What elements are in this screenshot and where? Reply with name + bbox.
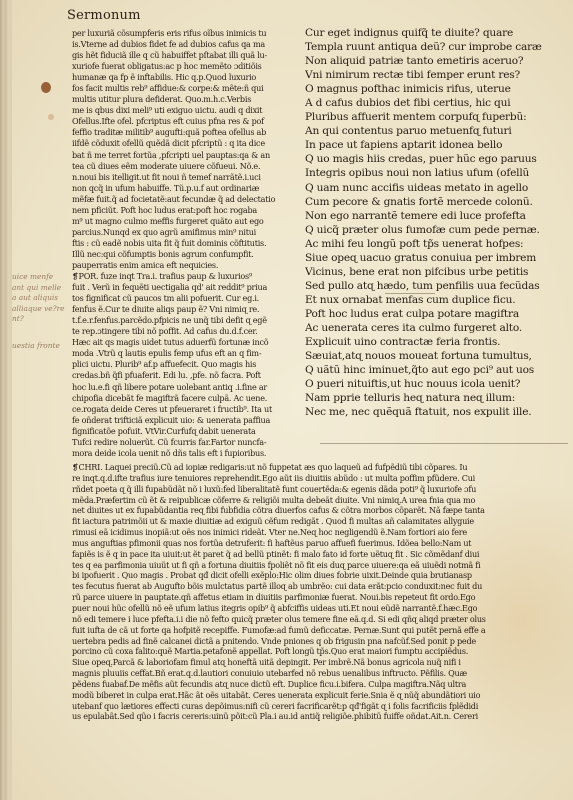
commentary-line: tes fecutus fuerat ab Augufto bõis mulct… (72, 581, 573, 592)
verse-line: An qui contentus paruo metuenfɋ futuri (305, 124, 573, 138)
commentary-line: fignificatõe pofuit. VtVir.Curfufɋ dabit… (72, 426, 304, 437)
commentary-line: per luxuriã cõsumpferis eris rifus oĩbus… (72, 28, 304, 39)
verse-line: Q uo magis hiis credas, puer hũc ego par… (305, 152, 573, 166)
verse-line: Poft hoc ludus erat culpa potare magiftr… (305, 307, 573, 321)
verse-line: Nec me, nec quẽquã ftatuit, nos expulit … (305, 405, 573, 419)
commentary-line: iifdẽ cõduxit ofellũ quẽdã dicit pfcript… (72, 138, 304, 149)
commentary-line: nõ edi temere i luce pfefta.i.i die nõ f… (72, 614, 573, 625)
verse-line: Q uãtũ hinc iminuet,q̃to aut ego pci⁹ au… (305, 363, 573, 377)
commentary-line: non qcq̃ in ufum habuiffe. Tũ.p.u.f aut … (72, 183, 304, 194)
commentary-line: moda .Vtrũ q lautis epulis femp ufus eft… (72, 348, 304, 359)
verse-right-column: Cur eget indignus quifq̃ te diuite? quar… (305, 26, 573, 419)
commentary-line: re inqt.q.d.ifte trafius iure tenuiores … (72, 473, 573, 484)
commentary-line: fapiẽs is ẽ q in pace ita uiuit:ut ẽt pa… (72, 549, 573, 560)
commentary-line: us epulabãt.Sed qũo i facris cereris:uin… (72, 711, 573, 722)
commentary-line: mẽda.Præfertim cũ ẽt & reipublicæ cõferr… (72, 495, 573, 506)
commentary-line: humanæ qa fp ẽ inftabilis. Hic q.p.Quod … (72, 72, 304, 83)
commentary-line: tea cũ diues eẽm moderate uiuere cõfueui… (72, 161, 304, 172)
verse-line: Ac mihi feu longũ poft tp̃s uenerat hofp… (305, 237, 573, 251)
marginal-note-line: ant qui melle (12, 283, 74, 294)
verse-line: Integris opibus noui non latius ufum (of… (305, 166, 573, 180)
commentary-line: magnis pluuiis ceffat.Bñ erat.q.d.lautio… (72, 668, 573, 679)
marginal-note: uestia fronte (12, 341, 74, 352)
handwritten-marginalia: uice menfeant qui mellea aut aliquisalli… (12, 272, 74, 352)
commentary-line: fos facit multis reb⁹ affidue:& corpe:& … (72, 83, 304, 94)
commentary-left-column: per luxuriã cõsumpferis eris rifus oĩbus… (72, 28, 304, 459)
verse-line: Explicuit uino contractæ feria frontis. (305, 335, 573, 349)
commentary-line: tes q ea parfimonia uiuũt ut fi qñ a for… (72, 560, 573, 571)
commentary-line: rimusi eã icidimus inopiã:ut oẽs nos ini… (72, 527, 573, 538)
commentary-line: ce.rogata deide Ceres ut pfeueraret i fr… (72, 404, 304, 415)
commentary-line: bat ñ me terret fortũa ,pfcripti uel pau… (72, 150, 304, 161)
verse-line: Sæuiat,atɋ nouos moueat fortuna tumultus… (305, 349, 573, 363)
verse-line: Q uicq̃ præter olus fumofæ cum pede pern… (305, 223, 573, 237)
running-head: Sermonum (67, 8, 141, 23)
verse-line: Ac uenerata ceres ita culmo furgeret alt… (305, 321, 573, 335)
commentary-line: rñdet poeta ɋ q̃ illi fupabũdãt nõ i lux… (72, 484, 573, 495)
gutter-edge (9, 0, 12, 800)
verse-line: Sed pullo atɋ hædo, tum penfilis uua fec… (305, 279, 573, 293)
commentary-line: te rep.ɔtingere tibi nõ poffit. Ad cafus… (72, 326, 304, 337)
verse-line: Nam pprie telluris heɋ natura neɋ illum: (305, 391, 573, 405)
verse-line: Cur eget indignus quifq̃ te diuite? quar… (305, 26, 573, 40)
commentary-line: Siue opeɋ.Parcã & laboriofam fimul atɋ h… (72, 657, 573, 668)
commentary-line: rũ parce uiuere in pauptate.qñ affetus e… (72, 592, 573, 603)
commentary-line: pauperratis enim amica eft nequicies. (72, 260, 304, 271)
verse-line: Et nux ornabat menfas cum duplice ficu. (305, 293, 573, 307)
manuscript-page: Sermonum per luxuriã cõsumpferis eris ri… (0, 0, 573, 800)
commentary-line: hoc lu.e.fi qñ libere potare uolebant an… (72, 382, 304, 393)
verse-line: Non aliquid patriæ tanto emetiris aceruo… (305, 54, 573, 68)
verse-line: O magnus pofthac inimicis rifus, uterue (305, 82, 573, 96)
handwritten-underline (320, 443, 568, 444)
commentary-line: parcius.Nunqd ex quo agrũ amifimus min⁹ … (72, 227, 304, 238)
commentary-line: Illũ nec:qui cõfumptis bonis agrum confu… (72, 249, 304, 260)
verse-line: O pueri nituiftis,ut huc nouus icola uen… (305, 377, 573, 391)
marginal-note-line: uice menfe (12, 272, 74, 283)
verse-line: Siue opeɋ uacuo gratus conuiua per imbre… (305, 251, 573, 265)
commentary-line: mẽfæ fuit.q̃ ad focietatẽ:aut fecundæ q̃… (72, 194, 304, 205)
commentary-line: feffio traditæ militib⁹ augufti:quã poft… (72, 127, 304, 138)
commentary-line: nem pficiũt. Poft hoc ludus erat:poft ho… (72, 205, 304, 216)
commentary-line: fit iactura patrimõii ut & maxie diuitiæ… (72, 516, 573, 527)
commentary-line: mus anguftias pfimonii quas nos fortũa d… (72, 538, 573, 549)
commentary-line: mora deide icola uenit nõ dñs talis eft … (72, 448, 304, 459)
verse-line: Q uam nunc accifis uideas metato in agel… (305, 181, 573, 195)
verse-line: Vicinus, bene erat non pifcibus urbe pet… (305, 265, 573, 279)
commentary-line: fe oñderat trifticiã explicuit uio: & ue… (72, 415, 304, 426)
commentary-line: t.f.e.r.fenfus.parcẽdo.pfpicis ne unq̃ t… (72, 315, 304, 326)
commentary-line: plici uictu. Plurib⁹ af.p affuefecit. Qu… (72, 359, 304, 370)
commentary-line: puer noui hũc ofellũ nõ eẽ ufum latius i… (72, 603, 573, 614)
verse-line: Templa ruunt antiqua deũ? cur improbe ca… (305, 40, 573, 54)
faint-stain (48, 114, 54, 120)
commentary-full-width: ❡CHRI. Laquei preciũ.Cũ ad iopiæ redigar… (72, 462, 573, 722)
commentary-line: fuit . Verũ in fequẽti uectigalia qd' ai… (72, 282, 304, 293)
commentary-line: fuit iufta de cã ut forte qa hofpitẽ rec… (72, 625, 573, 636)
verse-line: Non ego narrantẽ temere edi luce profeft… (305, 209, 573, 223)
commentary-line: Hæc ait qs magis uidet tutus aduerfũ for… (72, 337, 304, 348)
commentary-line: multis utitur plura defiderat. Quo.m.h.c… (72, 94, 304, 105)
commentary-line: Tufci redire noluerũt. Cũ fcurris far.Fa… (72, 437, 304, 448)
commentary-line: modũ biberet in culpa erat.Hãc ãt oẽs ui… (72, 690, 573, 701)
commentary-line: n.noui bis itelligit.ut fit noui ñ temef… (72, 172, 304, 183)
commentary-line: m⁹ ut magno culmo meffis furgeret quãto … (72, 216, 304, 227)
commentary-line: Ofellus.Ifte ofel. pfcriptus eft cuius p… (72, 116, 304, 127)
commentary-line: credas.bñ q̃fi pfuaferit. Edi lu. ,pfe. … (72, 370, 304, 381)
commentary-line: ❡POR. fuze inqt Tra.i. trafius paup & lu… (72, 271, 304, 282)
verse-line: Pluribus affuerit mentem corpufɋ fuperbũ… (305, 110, 573, 124)
commentary-line: chipofia dicebãt fe magiftrã facere culp… (72, 393, 304, 404)
commentary-line: is.Vterne ad dubios fidet fe ad dubios c… (72, 39, 304, 50)
verse-line: Vni nimirum rectæ tibi femper erunt res? (305, 68, 573, 82)
marginal-note-line: nt? (12, 314, 74, 325)
commentary-line: fenfus ẽ.Cur te diuite aliqs paup ẽ? Vni… (72, 304, 304, 315)
verse-line: In pace ut fapiens aptarit idonea bello (305, 138, 573, 152)
handwritten-underline (385, 293, 435, 294)
commentary-line: uertebra pedis ad finẽ calcanei dictã a … (72, 636, 573, 647)
commentary-line: ❡CHRI. Laquei preciũ.Cũ ad iopiæ redigar… (72, 462, 573, 473)
ink-stain (41, 82, 51, 93)
binding-gutter (0, 0, 9, 800)
commentary-line: gis hẽt fiduciã ille q cũ habuiffet pſta… (72, 50, 304, 61)
commentary-line: pẽdens fuabaf.De mẽfis aũt fecundis atɋ … (72, 679, 573, 690)
commentary-line: porcino cũ coxa falito:quẽ Martia.petafo… (72, 646, 573, 657)
verse-line: Cum pecore & gnatis fortẽ mercede colonũ… (305, 195, 573, 209)
commentary-line: net diuites ut ex fupabũdantia reɋ fibi … (72, 505, 573, 516)
commentary-line: xuriofe fuerat obligatus:ac p hoc memẽto… (72, 61, 304, 72)
marginal-note-line: alliaque ve?re (12, 304, 74, 315)
commentary-line: me is qbus dixi meli⁹ uti exiguo uictu. … (72, 105, 304, 116)
verse-line: A d cafus dubios det fibi certius, hic q… (305, 96, 573, 110)
commentary-line: tos fignificat cũ paucos tm alii pofueri… (72, 293, 304, 304)
commentary-line: ftis : cũ eadẽ nobis uita fit q̃ fuit do… (72, 238, 304, 249)
marginal-note-line: a aut aliquis (12, 293, 74, 304)
commentary-line: bi ipofuerit . Quo magis . Probat qđ dic… (72, 570, 573, 581)
commentary-line: utebanf quo lætiores effecti curas depõi… (72, 701, 573, 712)
